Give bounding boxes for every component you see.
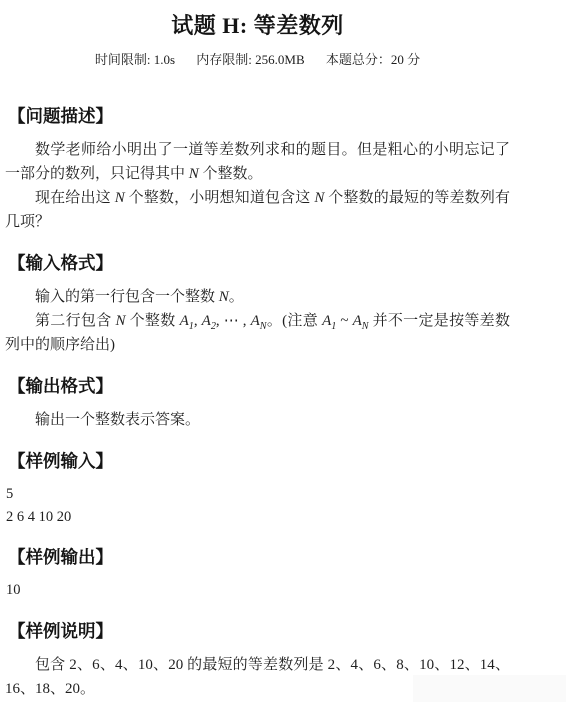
problem-statement-document: 试题 H: 等差数列 时间限制: 1.0s 内存限制: 256.0MB 本题总分…	[0, 0, 566, 702]
section-problem-description: 【问题描述】 数学老师给小明出了一道等差数列求和的题目。但是粗心的小明忘记了一部…	[5, 105, 510, 234]
sample-input-code: 5 2 6 4 10 20	[5, 483, 510, 528]
meta-line: 时间限制: 1.0s 内存限制: 256.0MB 本题总分：20 分	[5, 52, 510, 67]
document-content: 试题 H: 等差数列 时间限制: 1.0s 内存限制: 256.0MB 本题总分…	[0, 12, 566, 701]
paragraph: 数学老师给小明出了一道等差数列求和的题目。但是粗心的小明忘记了一部分的数列，只记…	[5, 138, 510, 186]
section-sample-input: 【样例输入】 5 2 6 4 10 20	[5, 450, 510, 528]
scan-artifact	[413, 675, 566, 702]
section-heading-problem-description: 【问题描述】	[5, 105, 510, 127]
section-heading-output-format: 【输出格式】	[5, 375, 510, 397]
section-heading-sample-input: 【样例输入】	[5, 450, 510, 472]
section-sample-output: 【样例输出】 10	[5, 546, 510, 602]
section-heading-sample-output: 【样例输出】	[5, 546, 510, 568]
paragraph: 第二行包含 N 个整数 A1, A2, ⋯ , AN。(注意 A1 ~ AN 并…	[5, 309, 510, 357]
paragraph: 输出一个整数表示答案。	[5, 408, 510, 432]
time-limit: 时间限制: 1.0s	[95, 52, 175, 67]
memory-limit: 内存限制: 256.0MB	[196, 52, 304, 67]
total-score: 本题总分：20 分	[326, 52, 420, 67]
section-heading-input-format: 【输入格式】	[5, 252, 510, 274]
section-input-format: 【输入格式】 输入的第一行包含一个整数 N。 第二行包含 N 个整数 A1, A…	[5, 252, 510, 357]
sample-output-code: 10	[5, 579, 510, 602]
section-heading-sample-explanation: 【样例说明】	[5, 620, 510, 642]
page-title: 试题 H: 等差数列	[5, 12, 510, 39]
section-output-format: 【输出格式】 输出一个整数表示答案。	[5, 375, 510, 432]
paragraph: 现在给出这 N 个整数，小明想知道包含这 N 个整数的最短的等差数列有几项？	[5, 186, 510, 234]
paragraph: 输入的第一行包含一个整数 N。	[5, 285, 510, 309]
